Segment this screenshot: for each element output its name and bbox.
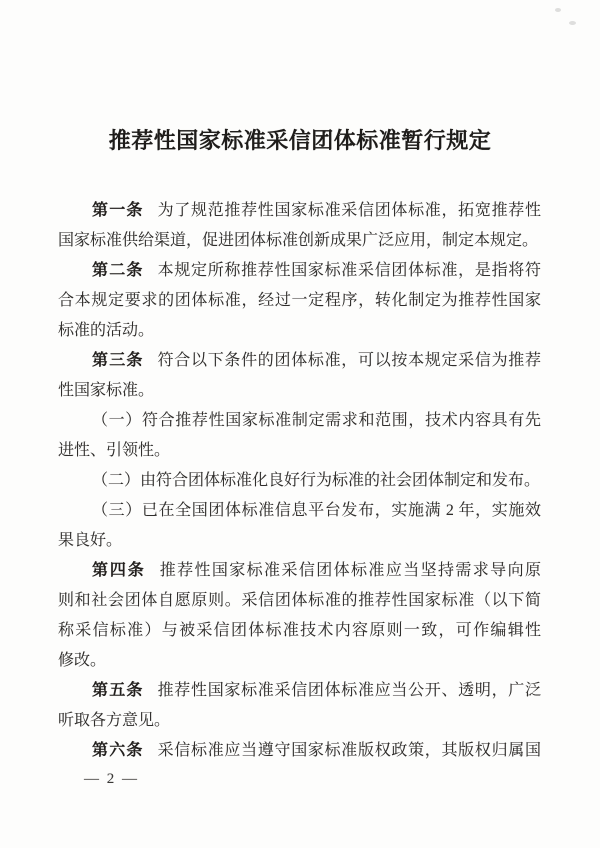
page-number: — 2 — xyxy=(0,770,600,788)
paragraph-line: 性国家标准。 xyxy=(58,376,541,406)
article-number-label: 第二条 xyxy=(92,262,144,279)
scanned-document-page: 推荐性国家标准采信团体标准暂行规定 第一条为了规范推荐性国家标准采信团体标准，拓… xyxy=(0,0,600,848)
article-number-label: 第五条 xyxy=(92,682,144,699)
article-number-label: 第一条 xyxy=(92,202,144,219)
document-title: 推荐性国家标准采信团体标准暂行规定 xyxy=(0,126,600,156)
paragraph-first-line: （一）符合推荐性国家标准制定需求和范围，技术内容具有先 xyxy=(58,406,541,436)
article-number-label: 第三条 xyxy=(92,352,144,369)
paragraph-first-line: （三）已在全国团体标准信息平台发布，实施满 2 年，实施效 xyxy=(58,496,541,526)
paragraph-first-line: （二）由符合团体标准化良好行为标准的社会团体制定和发布。 xyxy=(58,466,541,496)
paragraph-line: 合本规定要求的团体标准，经过一定程序，转化制定为推荐性国家 xyxy=(58,286,541,316)
paragraph-first-line: 第三条符合以下条件的团体标准，可以按本规定采信为推荐 xyxy=(58,346,541,376)
paragraph-first-line: 第六条采信标准应当遵守国家标准版权政策，其版权归属国 xyxy=(58,736,541,766)
paragraph-first-line: 第五条推荐性国家标准采信团体标准应当公开、透明，广泛 xyxy=(58,676,541,706)
paragraph-first-line: 第二条本规定所称推荐性国家标准采信团体标准，是指将符 xyxy=(58,256,541,286)
paragraph-first-line: 第一条为了规范推荐性国家标准采信团体标准，拓宽推荐性 xyxy=(58,196,541,226)
paragraph-line: 国家标准供给渠道，促进团体标准创新成果广泛应用，制定本规定。 xyxy=(58,226,541,256)
scan-speck xyxy=(569,21,576,25)
paragraph-line: 修改。 xyxy=(58,646,541,676)
scan-speck xyxy=(555,8,561,12)
paragraph-line: 则和社会团体自愿原则。采信团体标准的推荐性国家标准（以下简 xyxy=(58,586,541,616)
document-body: 第一条为了规范推荐性国家标准采信团体标准，拓宽推荐性国家标准供给渠道，促进团体标… xyxy=(0,196,600,766)
paragraph-line: 果良好。 xyxy=(58,526,541,556)
paragraph-line: 称采信标准）与被采信团体标准技术内容原则一致，可作编辑性 xyxy=(58,616,541,646)
article-number-label: 第四条 xyxy=(92,562,146,579)
paragraph-first-line: 第四条推荐性国家标准采信团体标准应当坚持需求导向原 xyxy=(58,556,541,586)
paragraph-line: 听取各方意见。 xyxy=(58,706,541,736)
article-number-label: 第六条 xyxy=(92,742,144,759)
paragraph-line: 进性、引领性。 xyxy=(58,436,541,466)
paragraph-line: 标准的活动。 xyxy=(58,316,541,346)
